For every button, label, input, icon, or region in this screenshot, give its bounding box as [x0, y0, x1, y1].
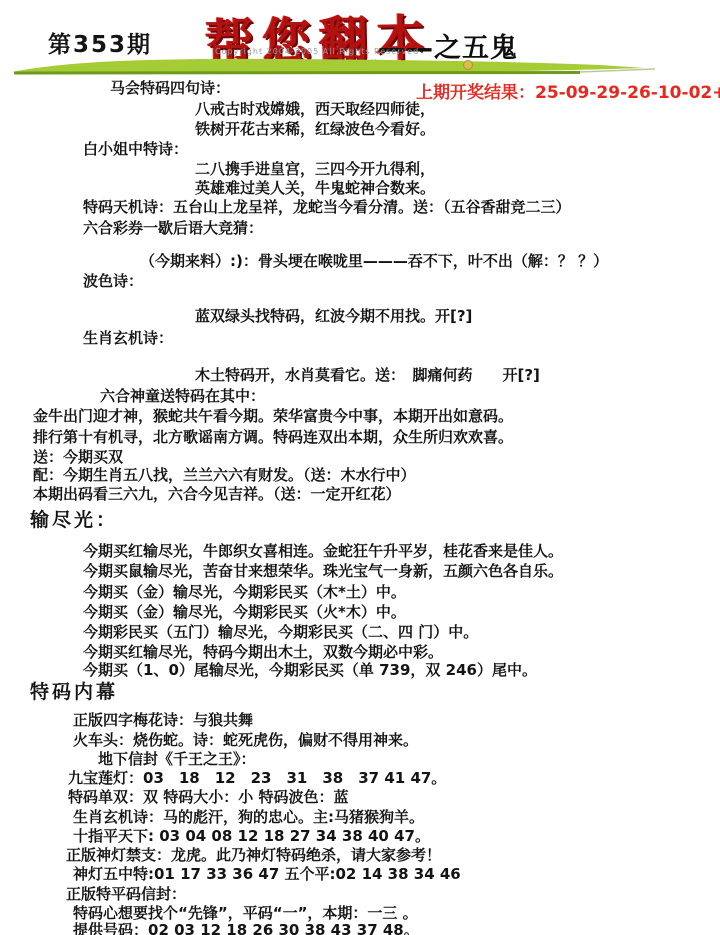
number-line: 九宝莲灯：03 18 12 23 31 38 37 41 47。: [68, 770, 446, 787]
poem-line: 木土特码开，水肖莫看它。送： 脚痛何药 开[?]: [195, 367, 540, 384]
poem-line: 金牛出门迎才神，猴蛇共午看今期。荣华富贵今中事，本期开出如意码。: [33, 408, 513, 425]
label-bai-xiaojie-poem: 白小姐中特诗：: [83, 141, 188, 158]
riddle-line: （今期来料）:)：骨头埂在喉咙里———吞不下，叶不出（解：？ ？）: [140, 253, 608, 270]
tip-line: 今期彩民买（五门）输尽光，今期彩民买（二、四 门）中。: [83, 624, 478, 641]
poem-line: 八戒古时戏嫦娥，西天取经四师徒，: [195, 101, 435, 118]
issue-number: 第353期: [48, 26, 152, 59]
tip-line: 正版神灯禁支：龙虎。此乃神灯特码绝杀，请大家参考！: [66, 847, 441, 864]
tip-line: 今期买红输尽光，牛郎织女喜相连。金蛇狂午升平岁，桂花香来是佳人。: [83, 543, 563, 560]
tip-line: 配：今期生肖五八找，兰兰六六有财发。（送：木水行中）: [33, 467, 416, 484]
tip-line: 火车头：烧伤蛇。诗：蛇死虎伤，偏财不得用神来。: [73, 732, 418, 749]
tip-line: 本期出码看三六九，六合今见吉祥。（送：一定开红花）: [33, 486, 401, 503]
tip-line: 生肖玄机诗：马的彪汗，狗的忠心。主:马猪猴狗羊。: [73, 809, 424, 826]
number-line: 神灯五中特:01 17 33 36 47 五个平:02 14 38 34 46: [73, 866, 461, 883]
tip-line: 今期买（1、0）尾输尽光，今期彩民买（单 739，双 246）尾中。: [83, 662, 537, 679]
poem-line: 英雄难过美人关，牛鬼蛇神合数来。: [195, 180, 435, 197]
label-riddle-contest: 六合彩券一歇后语大竞猜：: [83, 220, 263, 237]
prev-draw-numbers: 25-09-29-26-10-02+44: [535, 83, 720, 103]
tip-line: 今期买红输尽光，特码今期出木土，双数今期必中彩。: [83, 644, 443, 661]
label-four-line-poem: 马会特码四句诗：: [110, 80, 230, 97]
section-heading-neimu: 特码内幕: [30, 682, 118, 704]
label-wave-color-poem: 波色诗：: [83, 273, 143, 290]
tianji-poem: 特码天机诗：五台山上龙呈祥，龙蛇当今看分清。送：（五谷香甜竞二三）: [83, 199, 571, 216]
tip-line: 今期买（金）输尽光，今期彩民买（火*木）中。: [83, 604, 406, 621]
poem-line: 蓝双绿头找特码，红波今期不用找。开[?]: [195, 308, 472, 325]
green-brush-stroke-graphic: [0, 56, 720, 80]
logo-fineprint: Copyright 2004-2005 All Rights Reserved: [215, 47, 419, 56]
brush-dot-icon: [464, 61, 473, 70]
brush-stroke-underline: [14, 73, 580, 74]
label-shentong: 六合神童送特码在其中：: [100, 388, 265, 405]
tip-line: 特码单双：双 特码大小：小 特码波色：蓝: [68, 789, 348, 806]
poem-line: 二八携手进皇宫，三四今开九得利，: [195, 161, 435, 178]
lottery-tip-sheet: 第353期 帮您翻本 ——之五鬼 Copyright 2004-2005 All…: [0, 0, 720, 935]
tip-line: 今期买（金）输尽光，今期彩民买（木*土）中。: [83, 584, 406, 601]
label-zodiac-poem: 生肖玄机诗：: [83, 330, 173, 347]
brush-stroke-shape: [12, 59, 645, 73]
tip-line: 地下信封《千王之王》：: [98, 751, 256, 768]
prev-draw-result: 上期开奖结果：25-09-29-26-10-02+44: [416, 78, 720, 103]
tip-line: 正版特平码信封：: [66, 886, 186, 903]
tip-line: 今期买鼠输尽光，苦奋甘来想荣华。珠光宝气一身新，五颜六色各自乐。: [83, 563, 563, 580]
tip-line: 送：今期买双: [33, 449, 123, 466]
section-heading-shujinguang: 输尽光：: [30, 510, 118, 532]
tip-line: 正版四字梅花诗：与狼共舞: [73, 712, 253, 729]
poem-line: 铁树开花古来稀，红绿波色今看好。: [195, 121, 435, 138]
number-line: 十指平天下: 03 04 08 12 18 27 34 38 40 47。: [73, 828, 430, 845]
poem-line: 排行第十有机寻，北方歌谣南方调。特码连双出本期，众生所归欢欢喜。: [33, 429, 513, 446]
tip-line: 特码心想要找个“先锋”，平码“一”，本期：一三 。: [73, 905, 418, 922]
number-line: 提供号码：02 03 12 18 26 30 38 43 37 48。: [73, 922, 419, 935]
